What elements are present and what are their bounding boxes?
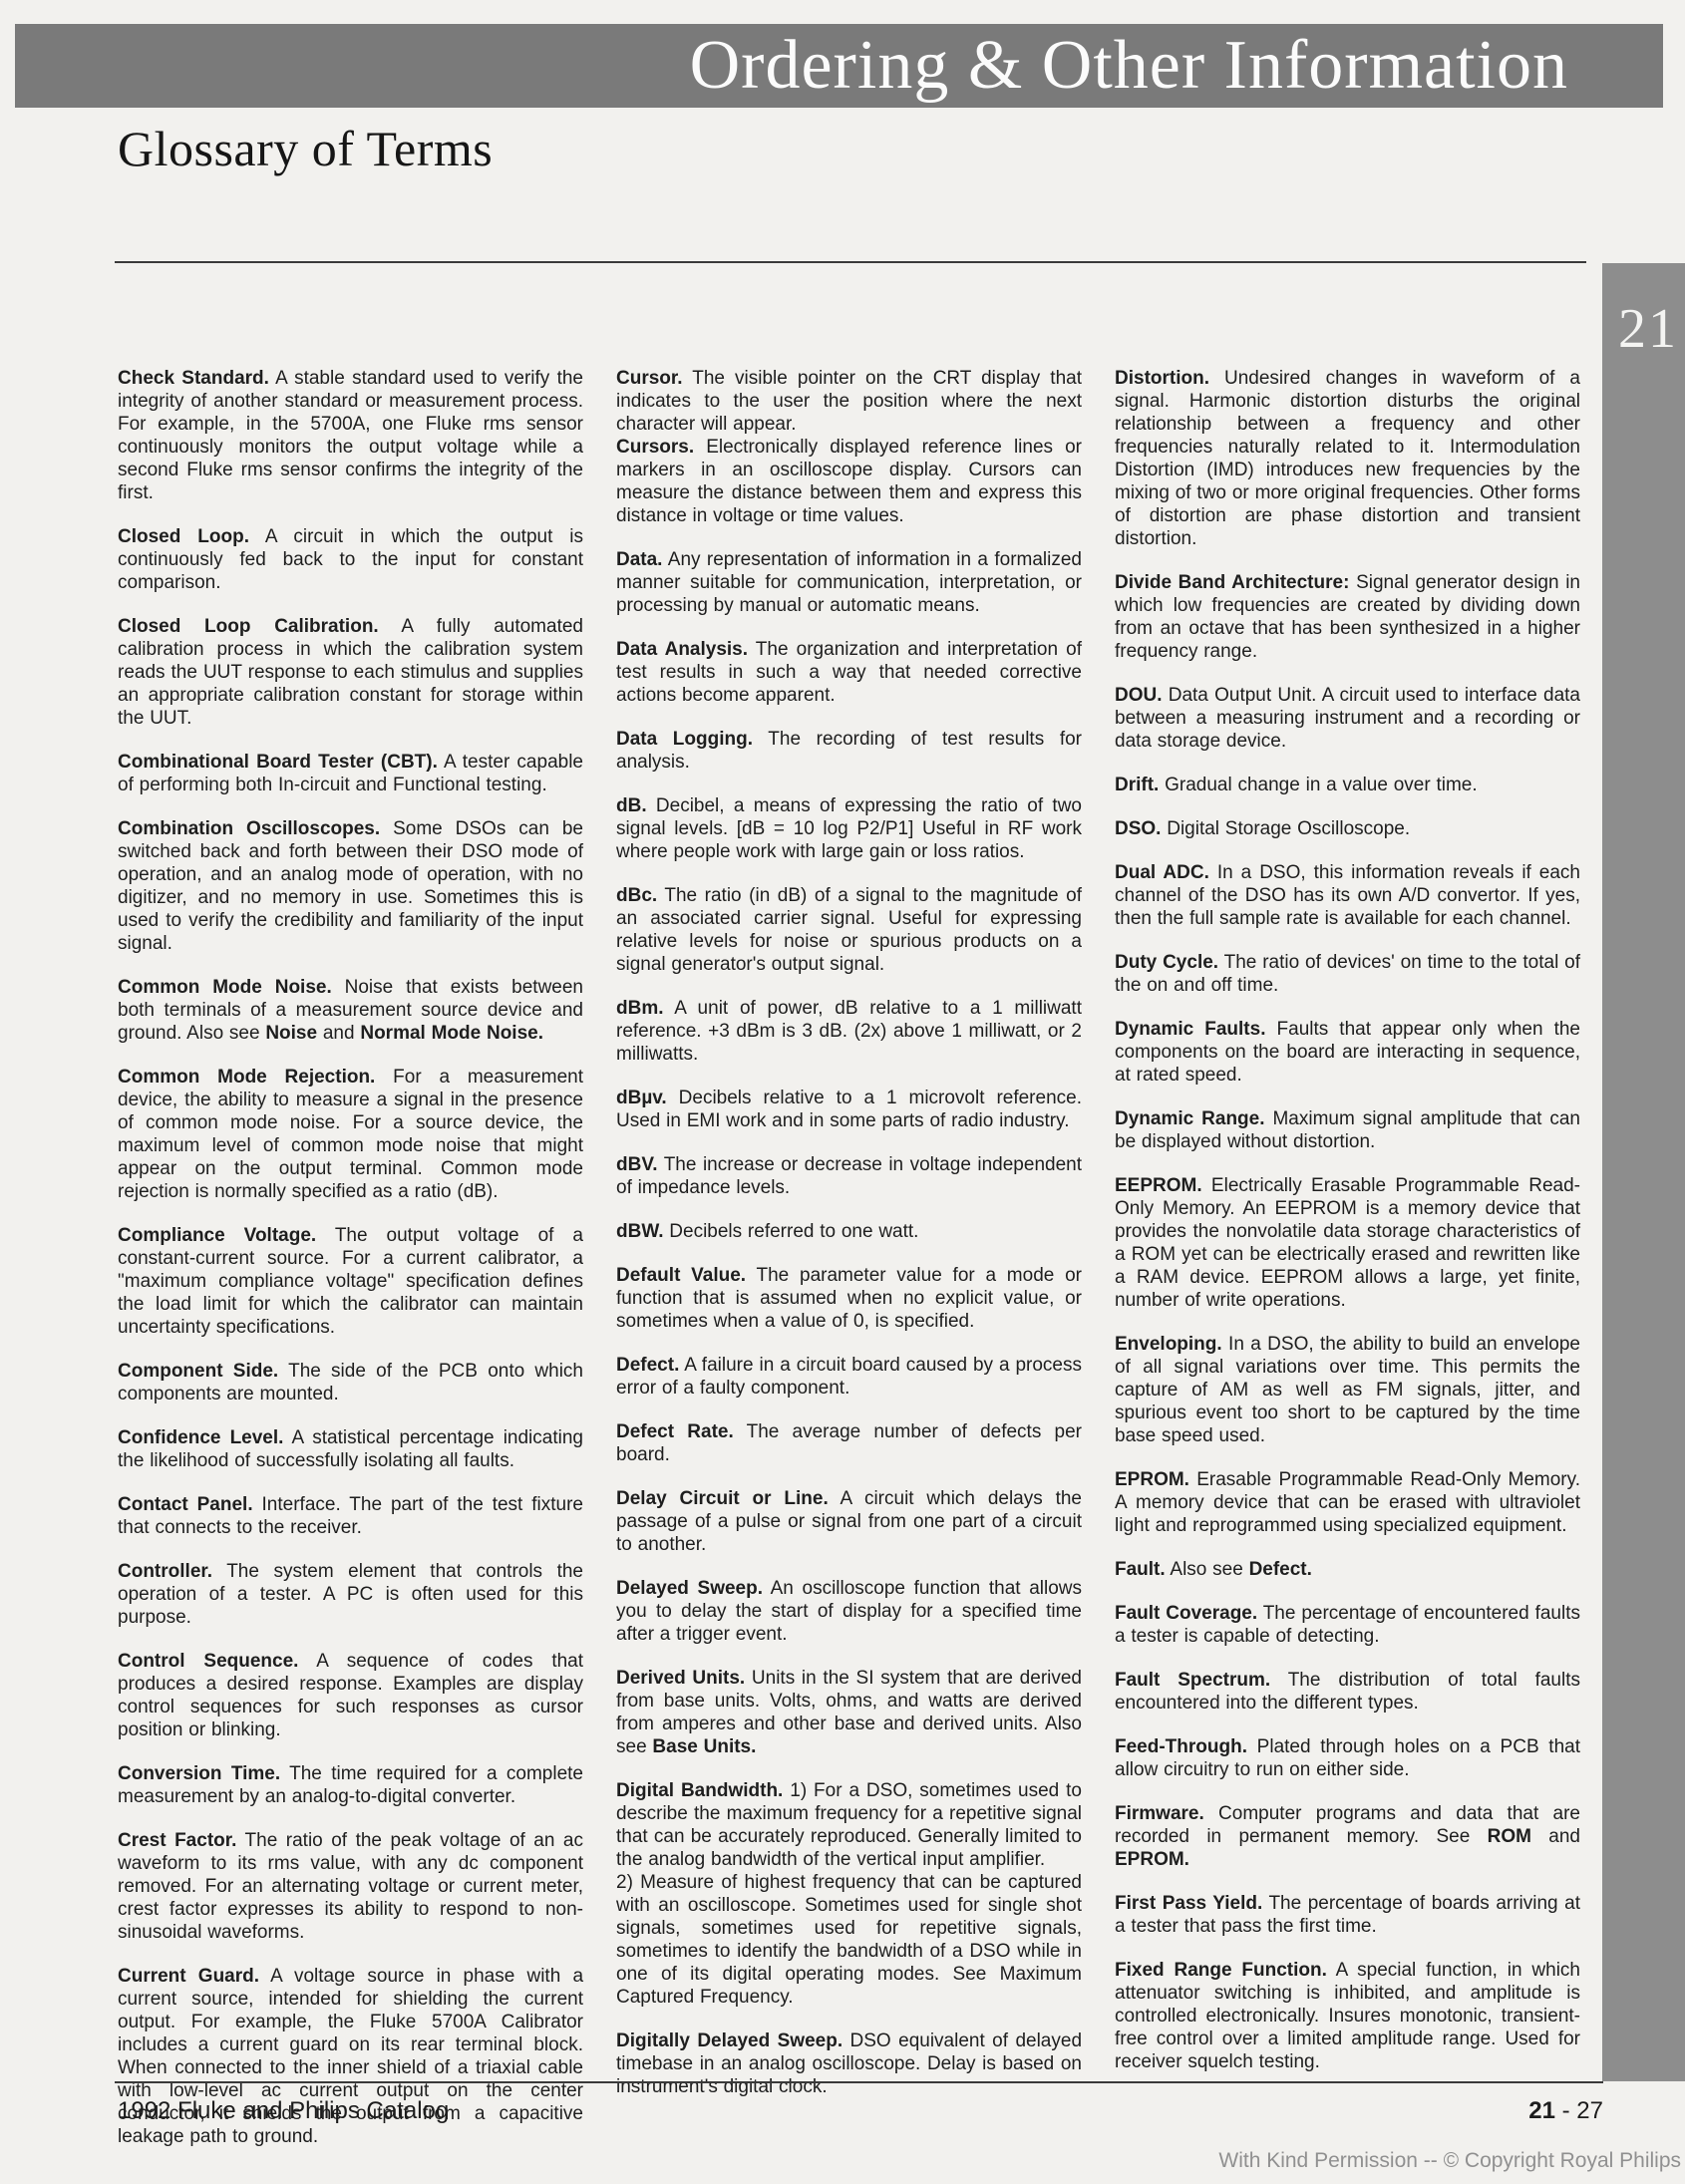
chapter-tab: 21 xyxy=(1602,263,1685,2081)
glossary-term: Enveloping. xyxy=(1115,1334,1222,1355)
glossary-entry: Contact Panel. Interface. The part of th… xyxy=(118,1493,583,1539)
chapter-banner: Ordering & Other Information xyxy=(15,24,1663,108)
glossary-term: DOU. xyxy=(1115,685,1163,706)
glossary-term: Combinational Board Tester (CBT). xyxy=(118,752,438,773)
glossary-term: Delay Circuit or Line. xyxy=(616,1488,829,1509)
glossary-entry: Data Analysis. The organization and inte… xyxy=(616,638,1082,707)
glossary-term: Feed-Through. xyxy=(1115,1736,1247,1757)
glossary-entry: DOU. Data Output Unit. A circuit used to… xyxy=(1115,684,1580,753)
glossary-entry: Dual ADC. In a DSO, this information rev… xyxy=(1115,861,1580,930)
glossary-term: Check Standard. xyxy=(118,368,269,389)
glossary-entry: Cursors. Electronically displayed refere… xyxy=(616,436,1082,527)
glossary-term: EEPROM. xyxy=(1115,1175,1202,1196)
chapter-tab-number: 21 xyxy=(1618,297,1678,361)
glossary-term: Confidence Level. xyxy=(118,1427,283,1448)
footer-page-number-rest: - 27 xyxy=(1555,2097,1603,2124)
chapter-banner-title: Ordering & Other Information xyxy=(690,24,1568,108)
glossary-column-2: Cursor. The visible pointer on the CRT d… xyxy=(616,367,1082,2169)
glossary-entry: Component Side. The side of the PCB onto… xyxy=(118,1360,583,1405)
copyright-watermark: With Kind Permission -- © Copyright Roya… xyxy=(1218,2149,1681,2173)
glossary-entry: Data. Any representation of information … xyxy=(616,548,1082,617)
glossary-entry: Delay Circuit or Line. A circuit which d… xyxy=(616,1487,1082,1556)
glossary-entry: Fault Spectrum. The distribution of tota… xyxy=(1115,1669,1580,1715)
footer-page-number-chapter: 21 xyxy=(1528,2097,1555,2124)
glossary-entry: Controller. The system element that cont… xyxy=(118,1560,583,1629)
glossary-term: Closed Loop. xyxy=(118,526,249,547)
glossary-entry: Crest Factor. The ratio of the peak volt… xyxy=(118,1829,583,1944)
glossary-entry: DSO. Digital Storage Oscilloscope. xyxy=(1115,817,1580,840)
glossary-entry: Fault. Also see Defect. xyxy=(1115,1558,1580,1581)
glossary-column-1: Check Standard. A stable standard used t… xyxy=(118,367,583,2169)
glossary-term: Conversion Time. xyxy=(118,1763,280,1784)
glossary-entry: Confidence Level. A statistical percenta… xyxy=(118,1426,583,1472)
glossary-term: Component Side. xyxy=(118,1361,278,1382)
glossary-entry: EEPROM. Electrically Erasable Programmab… xyxy=(1115,1174,1580,1312)
catalog-page: Ordering & Other Information Glossary of… xyxy=(0,0,1685,2184)
glossary-entry: Enveloping. In a DSO, the ability to bui… xyxy=(1115,1333,1580,1447)
glossary-term: Control Sequence. xyxy=(118,1651,298,1672)
glossary-entry: Duty Cycle. The ratio of devices' on tim… xyxy=(1115,951,1580,997)
glossary-entry: Defect. A failure in a circuit board cau… xyxy=(616,1354,1082,1400)
glossary-entry: Check Standard. A stable standard used t… xyxy=(118,367,583,504)
glossary-entry: Closed Loop Calibration. A fully automat… xyxy=(118,615,583,730)
glossary-entry: dBc. The ratio (in dB) of a signal to th… xyxy=(616,884,1082,976)
glossary-columns: Check Standard. A stable standard used t… xyxy=(118,367,1580,2169)
glossary-term: dBV. xyxy=(616,1154,658,1175)
glossary-entry: Distortion. Undesired changes in wavefor… xyxy=(1115,367,1580,550)
glossary-term: dBµv. xyxy=(616,1088,667,1108)
glossary-term: dBc. xyxy=(616,885,657,906)
glossary-entry: Default Value. The parameter value for a… xyxy=(616,1264,1082,1333)
glossary-term: dB. xyxy=(616,795,647,816)
glossary-term: Divide Band Architecture: xyxy=(1115,572,1349,593)
glossary-term: Dual ADC. xyxy=(1115,862,1209,883)
glossary-term: Combination Oscilloscopes. xyxy=(118,818,380,839)
glossary-term: Derived Units. xyxy=(616,1668,745,1689)
glossary-entry: Delayed Sweep. An oscilloscope function … xyxy=(616,1577,1082,1646)
glossary-term: Cursor. xyxy=(616,368,683,389)
bottom-rule xyxy=(115,2081,1603,2083)
glossary-entry: EPROM. Erasable Programmable Read-Only M… xyxy=(1115,1468,1580,1537)
glossary-entry: Firmware. Computer programs and data tha… xyxy=(1115,1802,1580,1871)
glossary-entry: Combinational Board Tester (CBT). A test… xyxy=(118,751,583,796)
glossary-entry: Drift. Gradual change in a value over ti… xyxy=(1115,774,1580,796)
glossary-term: Digitally Delayed Sweep. xyxy=(616,2030,842,2051)
glossary-term: Current Guard. xyxy=(118,1966,259,1987)
glossary-entry: Digitally Delayed Sweep. DSO equivalent … xyxy=(616,2029,1082,2098)
glossary-term: Dynamic Faults. xyxy=(1115,1019,1265,1040)
glossary-entry: dBm. A unit of power, dB relative to a 1… xyxy=(616,997,1082,1066)
glossary-term: Fault Spectrum. xyxy=(1115,1670,1270,1691)
glossary-term: Crest Factor. xyxy=(118,1830,236,1851)
glossary-entry: Control Sequence. A sequence of codes th… xyxy=(118,1650,583,1741)
glossary-entry: dBV. The increase or decrease in voltage… xyxy=(616,1153,1082,1199)
glossary-term: Data Logging. xyxy=(616,729,753,750)
glossary-entry: Defect Rate. The average number of defec… xyxy=(616,1420,1082,1466)
glossary-term: Drift. xyxy=(1115,775,1159,795)
glossary-entry: Common Mode Noise. Noise that exists bet… xyxy=(118,976,583,1045)
glossary-entry: Cursor. The visible pointer on the CRT d… xyxy=(616,367,1082,436)
glossary-term: DSO. xyxy=(1115,818,1161,839)
glossary-term: Fault. xyxy=(1115,1559,1166,1580)
glossary-term: EPROM. xyxy=(1115,1469,1189,1490)
glossary-term: Cursors. xyxy=(616,437,694,458)
glossary-term: Digital Bandwidth. xyxy=(616,1780,783,1801)
glossary-entry: Combination Oscilloscopes. Some DSOs can… xyxy=(118,817,583,955)
glossary-entry: Fixed Range Function. A special function… xyxy=(1115,1959,1580,2073)
footer-page-number: 21 - 27 xyxy=(1528,2097,1603,2125)
glossary-term: Data Analysis. xyxy=(616,639,748,660)
top-rule xyxy=(115,261,1586,263)
glossary-entry: Fault Coverage. The percentage of encoun… xyxy=(1115,1602,1580,1648)
glossary-term: Duty Cycle. xyxy=(1115,952,1218,973)
glossary-term: Fault Coverage. xyxy=(1115,1603,1257,1624)
glossary-term: Compliance Voltage. xyxy=(118,1225,316,1246)
glossary-term: Defect Rate. xyxy=(616,1421,734,1442)
glossary-entry: Divide Band Architecture: Signal generat… xyxy=(1115,571,1580,663)
glossary-entry: Dynamic Faults. Faults that appear only … xyxy=(1115,1018,1580,1087)
glossary-term: Common Mode Rejection. xyxy=(118,1067,375,1088)
glossary-term: Delayed Sweep. xyxy=(616,1578,763,1599)
glossary-entry: Data Logging. The recording of test resu… xyxy=(616,728,1082,774)
glossary-entry: Feed-Through. Plated through holes on a … xyxy=(1115,1735,1580,1781)
glossary-term: First Pass Yield. xyxy=(1115,1893,1262,1914)
glossary-term: Default Value. xyxy=(616,1265,746,1286)
glossary-entry: Closed Loop. A circuit in which the outp… xyxy=(118,525,583,594)
glossary-term: Contact Panel. xyxy=(118,1494,253,1515)
glossary-term: Firmware. xyxy=(1115,1803,1204,1824)
glossary-entry: Common Mode Rejection. For a measurement… xyxy=(118,1066,583,1203)
glossary-term: Defect. xyxy=(616,1355,679,1376)
glossary-entry: Dynamic Range. Maximum signal amplitude … xyxy=(1115,1107,1580,1153)
glossary-entry: Digital Bandwidth. 1) For a DSO, sometim… xyxy=(616,1779,1082,2009)
glossary-term: Fixed Range Function. xyxy=(1115,1960,1327,1981)
glossary-entry: Compliance Voltage. The output voltage o… xyxy=(118,1224,583,1339)
glossary-term: dBW. xyxy=(616,1221,664,1242)
glossary-term: dBm. xyxy=(616,998,664,1019)
page-title: Glossary of Terms xyxy=(118,120,493,177)
glossary-entry: dB. Decibel, a means of expressing the r… xyxy=(616,794,1082,863)
glossary-term: Closed Loop Calibration. xyxy=(118,616,379,637)
glossary-entry: dBµv. Decibels relative to a 1 microvolt… xyxy=(616,1087,1082,1132)
glossary-term: Controller. xyxy=(118,1561,212,1582)
glossary-column-3: Distortion. Undesired changes in wavefor… xyxy=(1115,367,1580,2169)
glossary-entry: First Pass Yield. The percentage of boar… xyxy=(1115,1892,1580,1938)
glossary-term: Common Mode Noise. xyxy=(118,977,332,998)
glossary-entry: dBW. Decibels referred to one watt. xyxy=(616,1220,1082,1243)
glossary-term: Data. xyxy=(616,549,662,570)
glossary-entry: Conversion Time. The time required for a… xyxy=(118,1762,583,1808)
footer-catalog-name: 1992 Fluke and Philips Catalog xyxy=(118,2097,449,2125)
glossary-term: Distortion. xyxy=(1115,368,1209,389)
glossary-entry: Derived Units. Units in the SI system th… xyxy=(616,1667,1082,1758)
glossary-term: Dynamic Range. xyxy=(1115,1108,1265,1129)
